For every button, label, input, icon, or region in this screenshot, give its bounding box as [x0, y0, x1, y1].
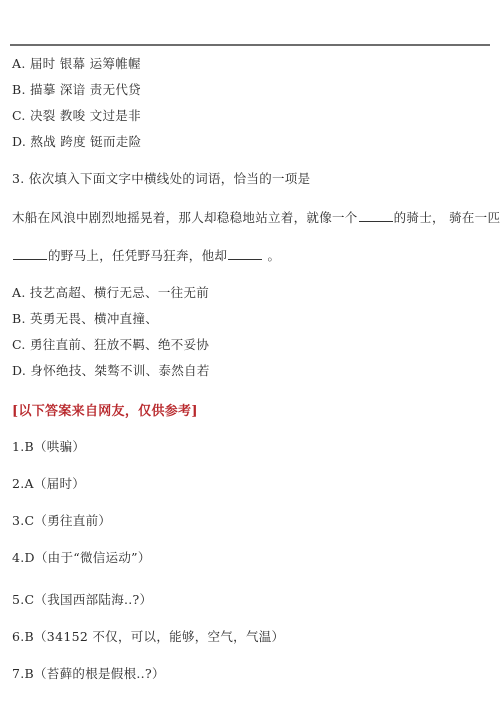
q2-option-b: B. 描摹 深谙 责无代贷	[12, 80, 141, 98]
answer-5: 5.C（我国西部陆海..?）	[12, 590, 152, 608]
passage-text: 。	[263, 248, 280, 263]
answer-3: 3.C（勇往直前）	[12, 511, 111, 529]
q3-passage-line-2: 的野马上，任凭野马狂奔，他却 。	[12, 246, 280, 264]
q3-stem: 3. 依次填入下面文字中横线处的词语，恰当的一项是	[12, 169, 310, 187]
answer-4: 4.D（由于“微信运动”）	[12, 548, 151, 566]
fill-blank-2	[13, 258, 47, 260]
q3-option-b: B. 英勇无畏、横冲直撞、	[12, 309, 158, 327]
answer-6: 6.B（34152 不仅，可以，能够，空气，气温）	[12, 627, 284, 645]
answer-7: 7.B（苔藓的根是假根..?）	[12, 664, 165, 682]
q3-option-d: D. 身怀绝技、桀骜不训、泰然自若	[12, 361, 210, 379]
passage-text: 的野马上，任凭野马狂奔，他却	[48, 248, 227, 263]
answers-header: [以下答案来自网友，仅供参考]	[12, 400, 198, 419]
fill-blank-3	[228, 258, 262, 260]
passage-text: 木船在风浪中剧烈地摇晃着，那人却稳稳地站立着，就像一个	[12, 210, 358, 225]
q2-option-c: C. 决裂 教唆 文过是非	[12, 106, 141, 124]
answer-2: 2.A（届时）	[12, 474, 85, 492]
passage-text: 的骑士， 骑在一匹	[394, 210, 500, 225]
q2-option-d: D. 熬战 跨度 铤而走险	[12, 132, 141, 150]
fill-blank-1	[359, 220, 393, 222]
q3-option-a: A. 技艺高超、横行无忌、一往无前	[12, 283, 209, 301]
q2-option-a: A. 届时 银幕 运筹帷幄	[12, 54, 141, 72]
top-divider	[10, 44, 490, 46]
answer-1: 1.B（哄骗）	[12, 437, 85, 455]
q3-option-c: C. 勇往直前、狂放不羁、绝不妥协	[12, 335, 209, 353]
q3-passage-line-1: 木船在风浪中剧烈地摇晃着，那人却稳稳地站立着，就像一个的骑士， 骑在一匹	[12, 208, 500, 226]
